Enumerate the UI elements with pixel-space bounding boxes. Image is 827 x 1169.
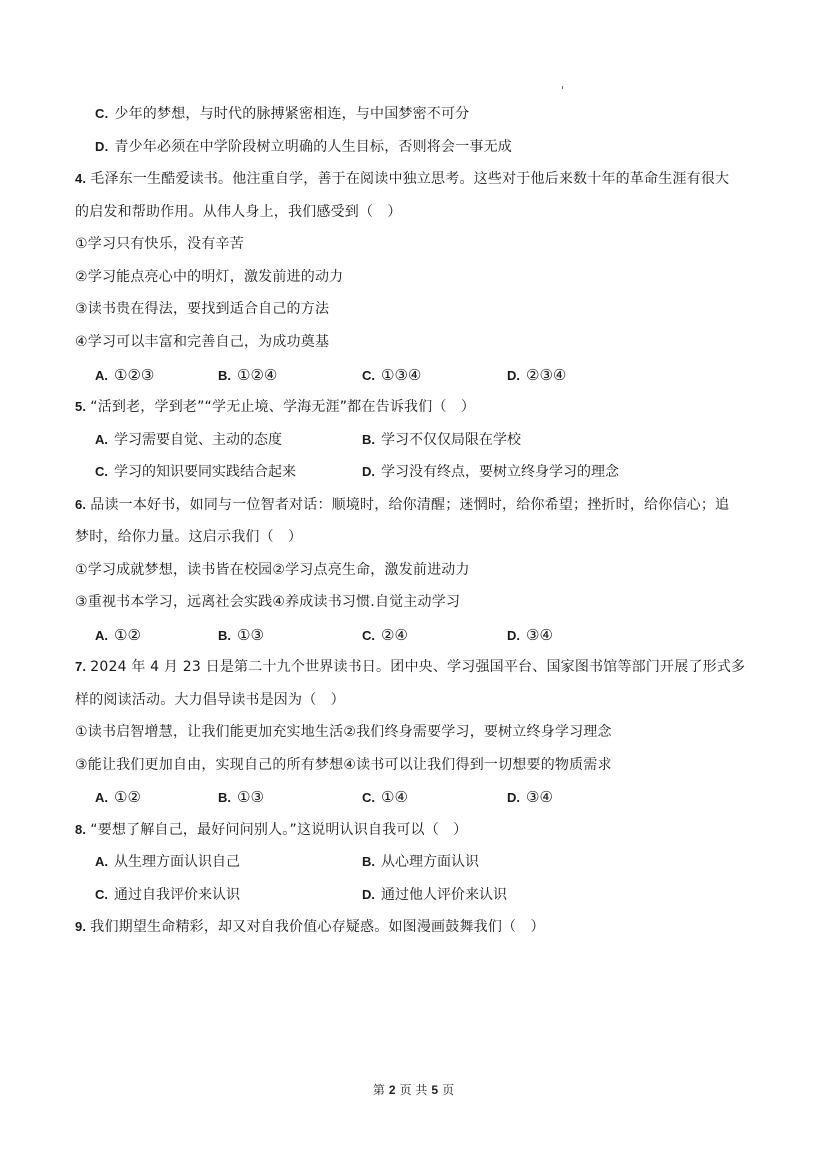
q7-option-b: B.①③ [218,788,264,807]
q7-stem-line-2: 样的阅读活动。大力倡导读书是因为（ ） [75,691,345,709]
q6-statements-1-2: ①学习成就梦想，读书皆在校园②学习点亮生命，激发前进动力 [75,561,470,579]
total-page-number: 5 [431,1083,438,1097]
q7-option-c: C.①④ [362,788,408,807]
q7-statements-3-4: ③能让我们更加自由，实现自己的所有梦想④读书可以让我们得到一切想要的物质需求 [75,756,612,774]
q4-statement-2: ②学习能点亮心中的明灯，激发前进的动力 [75,268,343,286]
q8-option-b: B.从心理方面认识 [362,853,479,871]
q9-stem: 9.我们期望生命精彩，却又对自我价值心存疑惑。如图漫画鼓舞我们（ ） [75,918,545,936]
q6-statements-3-4: ③重视书本学习，远离社会实践④养成读书习惯.自觉主动学习 [75,593,460,611]
stray-mark [562,86,563,89]
q8-option-d: D.通过他人评价来认识 [362,886,507,904]
q5-option-a: A.学习需要自觉、主动的态度 [95,431,282,449]
q4-option-b: B.①②④ [218,366,277,385]
q5-option-c: C.学习的知识要同实践结合起来 [95,463,296,481]
q4-option-d: D.②③④ [507,366,566,385]
q8-option-a: A.从生理方面认识自己 [95,853,240,871]
q7-stem-line-1: 7.2024 年 4 月 23 日是第二十九个世界读书日。团中央、学习强国平台、… [75,658,745,676]
q4-statement-1: ①学习只有快乐，没有辛苦 [75,235,244,253]
q5-option-d: D.学习没有终点，要树立终身学习的理念 [362,463,619,481]
q4-statement-4: ④学习可以丰富和完善自己，为成功奠基 [75,333,329,351]
q3-option-d: D.青少年必须在中学阶段树立明确的人生目标，否则将会一事无成 [95,138,512,156]
q7-option-a: A.①② [95,788,141,807]
q5-stem: 5.“活到老，学到老”“学无止境、学海无涯”都在告诉我们（ ） [75,398,475,416]
current-page-number: 2 [389,1083,396,1097]
q5-option-b: B.学习不仅仅局限在学校 [362,431,521,449]
q4-statement-3: ③读书贵在得法，要找到适合自己的方法 [75,300,329,318]
q6-option-b: B.①③ [218,626,264,645]
page-footer: 第2页 共5页 [0,1081,827,1098]
q3-option-c: C.少年的梦想，与时代的脉搏紧密相连，与中国梦密不可分 [95,105,469,123]
exam-page: C.少年的梦想，与时代的脉搏紧密相连，与中国梦密不可分 D.青少年必须在中学阶段… [0,0,827,1169]
q8-stem: 8.“要想了解自己，最好问问别人。”这说明认识自我可以（ ） [75,821,467,839]
q4-option-c: C.①③④ [362,366,421,385]
q6-option-c: C.②④ [362,626,408,645]
q4-stem-line-1: 4.毛泽东一生酷爱读书。他注重自学，善于在阅读中独立思考。这些对于他后来数十年的… [75,170,729,188]
q8-option-c: C.通过自我评价来认识 [95,886,240,904]
q7-option-d: D.③④ [507,788,553,807]
q6-stem-line-2: 梦时，给你力量。这启示我们（ ） [75,528,302,546]
q6-option-a: A.①② [95,626,141,645]
q6-option-d: D.③④ [507,626,553,645]
q4-option-a: A.①②③ [95,366,154,385]
q4-stem-line-2: 的启发和帮助作用。从伟人身上，我们感受到（ ） [75,203,402,221]
q7-statements-1-2: ①读书启智增慧，让我们能更加充实地生活②我们终身需要学习，要树立终身学习理念 [75,723,612,741]
q6-stem-line-1: 6.品读一本好书，如同与一位智者对话：顺境时，给你清醒；迷惘时，给你希望；挫折时… [75,496,729,514]
